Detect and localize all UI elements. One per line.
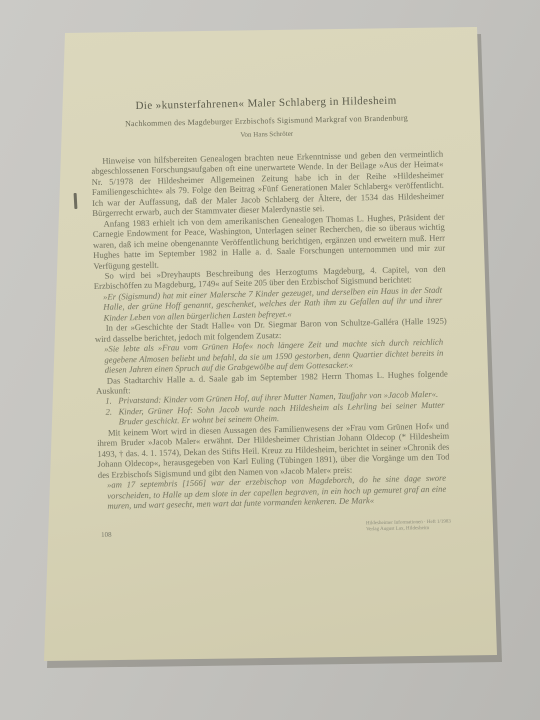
imprint-line-2: Verlag August Lax, Hildesheim [366, 526, 451, 534]
paragraph-1: Hinweise von hilfsbereiten Genealogen br… [91, 149, 444, 219]
imprint-line-1: Hildesheimer Informationen · Heft 1/1983 [366, 520, 451, 528]
quotation-3: »am 17 septembris [1566] war der erzebis… [107, 473, 447, 511]
page-content: Die »kunsterfahrenen« Maler Schlaberg in… [90, 94, 451, 540]
list-number-1: 1. [105, 396, 112, 407]
page-number: 108 [99, 531, 112, 539]
document-page: Die »kunsterfahrenen« Maler Schlaberg in… [0, 0, 540, 720]
list-item-2: 2. Kinder, Grüner Hof: Sohn Jacob wurde … [105, 400, 444, 428]
list-number-2: 2. [105, 406, 112, 417]
article-title: Die »kunsterfahrenen« Maler Schlaberg in… [90, 94, 442, 113]
quotation-1: »Er (Sigismund) hat mit einer Malersche … [103, 285, 443, 323]
list-item-1: 1. Privatstand: Kinder vom Grünen Hof, a… [105, 389, 444, 407]
photo-scene: Die »kunsterfahrenen« Maler Schlaberg in… [0, 0, 540, 720]
list-text-2: Kinder, Grüner Hof: Sohn Jacob wurde nac… [118, 400, 444, 427]
paragraph-5: Das Stadtarchiv Halle a. d. Saale gab im… [96, 368, 448, 396]
imprint: Hildesheimer Informationen · Heft 1/1983… [366, 520, 451, 534]
paragraph-6: Mit keinem Wort wird in diesen Aussagen … [97, 420, 450, 480]
article-byline: Von Hans Schröter [91, 127, 443, 142]
paragraph-2: Anfang 1983 erhielt ich von dem amerikan… [92, 211, 445, 271]
page-footer: 108 Hildesheimer Informationen · Heft 1/… [99, 520, 451, 539]
article-subtitle: Nachkommen des Magdeburger Erzbischofs S… [90, 113, 442, 129]
paragraph-3: So wird bei »Dreyhaupts Beschreibung des… [94, 264, 446, 292]
quotation-2: »Sie lebte als »Frau vom Grünen Hofe« no… [104, 337, 444, 375]
paragraph-4: In der »Geschichte der Stadt Halle« von … [95, 316, 447, 344]
list-text-1: Privatstand: Kinder vom Grünen Hof, auf … [118, 389, 438, 406]
